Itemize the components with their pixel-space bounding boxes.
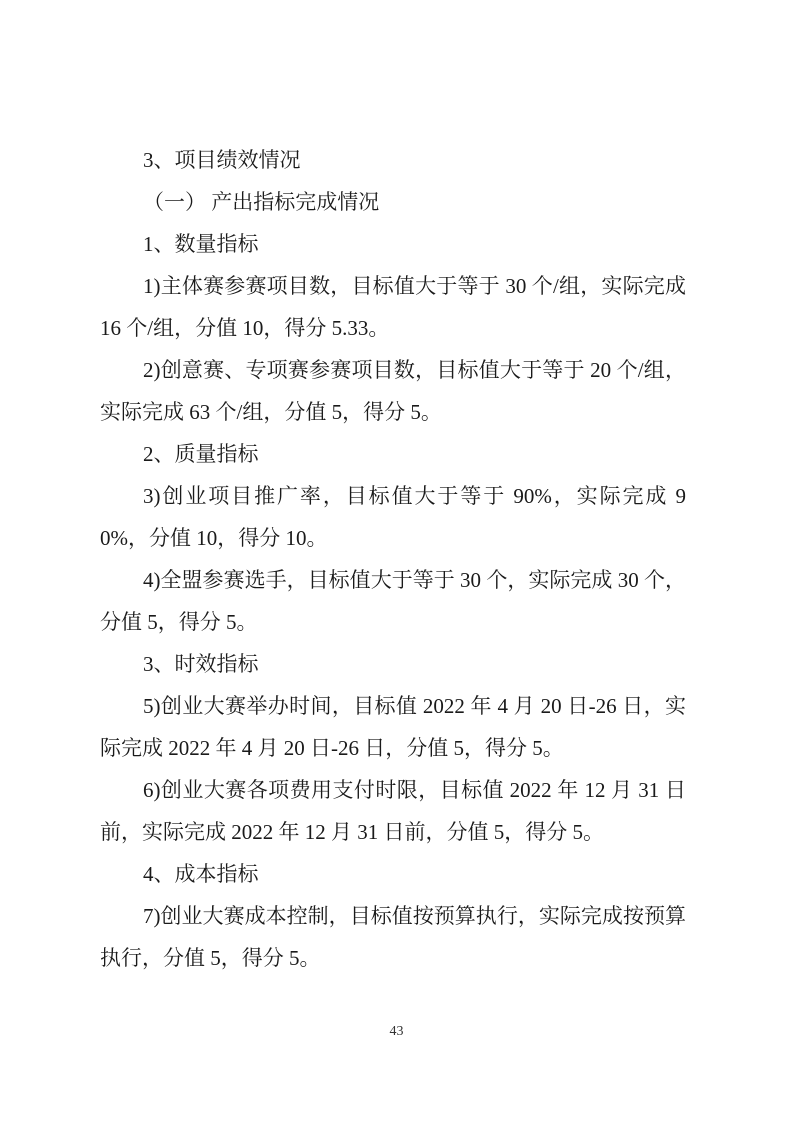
section-title-quantity-indicators: 1、数量指标 — [100, 223, 686, 265]
indicator-item-5: 5)创业大赛举办时间，目标值 2022 年 4 月 20 日-26 日，实际完成… — [100, 685, 686, 769]
section-title-cost-indicators: 4、成本指标 — [100, 853, 686, 895]
indicator-item-4: 4)全盟参赛选手，目标值大于等于 30 个，实际完成 30 个，分值 5，得分 … — [100, 559, 686, 643]
indicator-item-1: 1)主体赛参赛项目数，目标值大于等于 30 个/组，实际完成 16 个/组，分值… — [100, 265, 686, 349]
document-page: 3、项目绩效情况 （一） 产出指标完成情况 1、数量指标 1)主体赛参赛项目数，… — [0, 0, 793, 1122]
document-body: 3、项目绩效情况 （一） 产出指标完成情况 1、数量指标 1)主体赛参赛项目数，… — [100, 139, 686, 979]
page-number: 43 — [390, 1024, 404, 1039]
section-title-quality-indicators: 2、质量指标 — [100, 433, 686, 475]
page-footer: 43 — [0, 1022, 793, 1040]
heading-output-indicators: （一） 产出指标完成情况 — [100, 181, 686, 223]
indicator-item-6: 6)创业大赛各项费用支付时限，目标值 2022 年 12 月 31 日前，实际完… — [100, 769, 686, 853]
section-title-timeliness-indicators: 3、时效指标 — [100, 643, 686, 685]
heading-project-performance: 3、项目绩效情况 — [100, 139, 686, 181]
indicator-item-7: 7)创业大赛成本控制，目标值按预算执行，实际完成按预算执行，分值 5，得分 5。 — [100, 895, 686, 979]
indicator-item-2: 2)创意赛、专项赛参赛项目数，目标值大于等于 20 个/组，实际完成 63 个/… — [100, 349, 686, 433]
indicator-item-3: 3)创业项目推广率，目标值大于等于 90%，实际完成 90%，分值 10，得分 … — [100, 475, 686, 559]
